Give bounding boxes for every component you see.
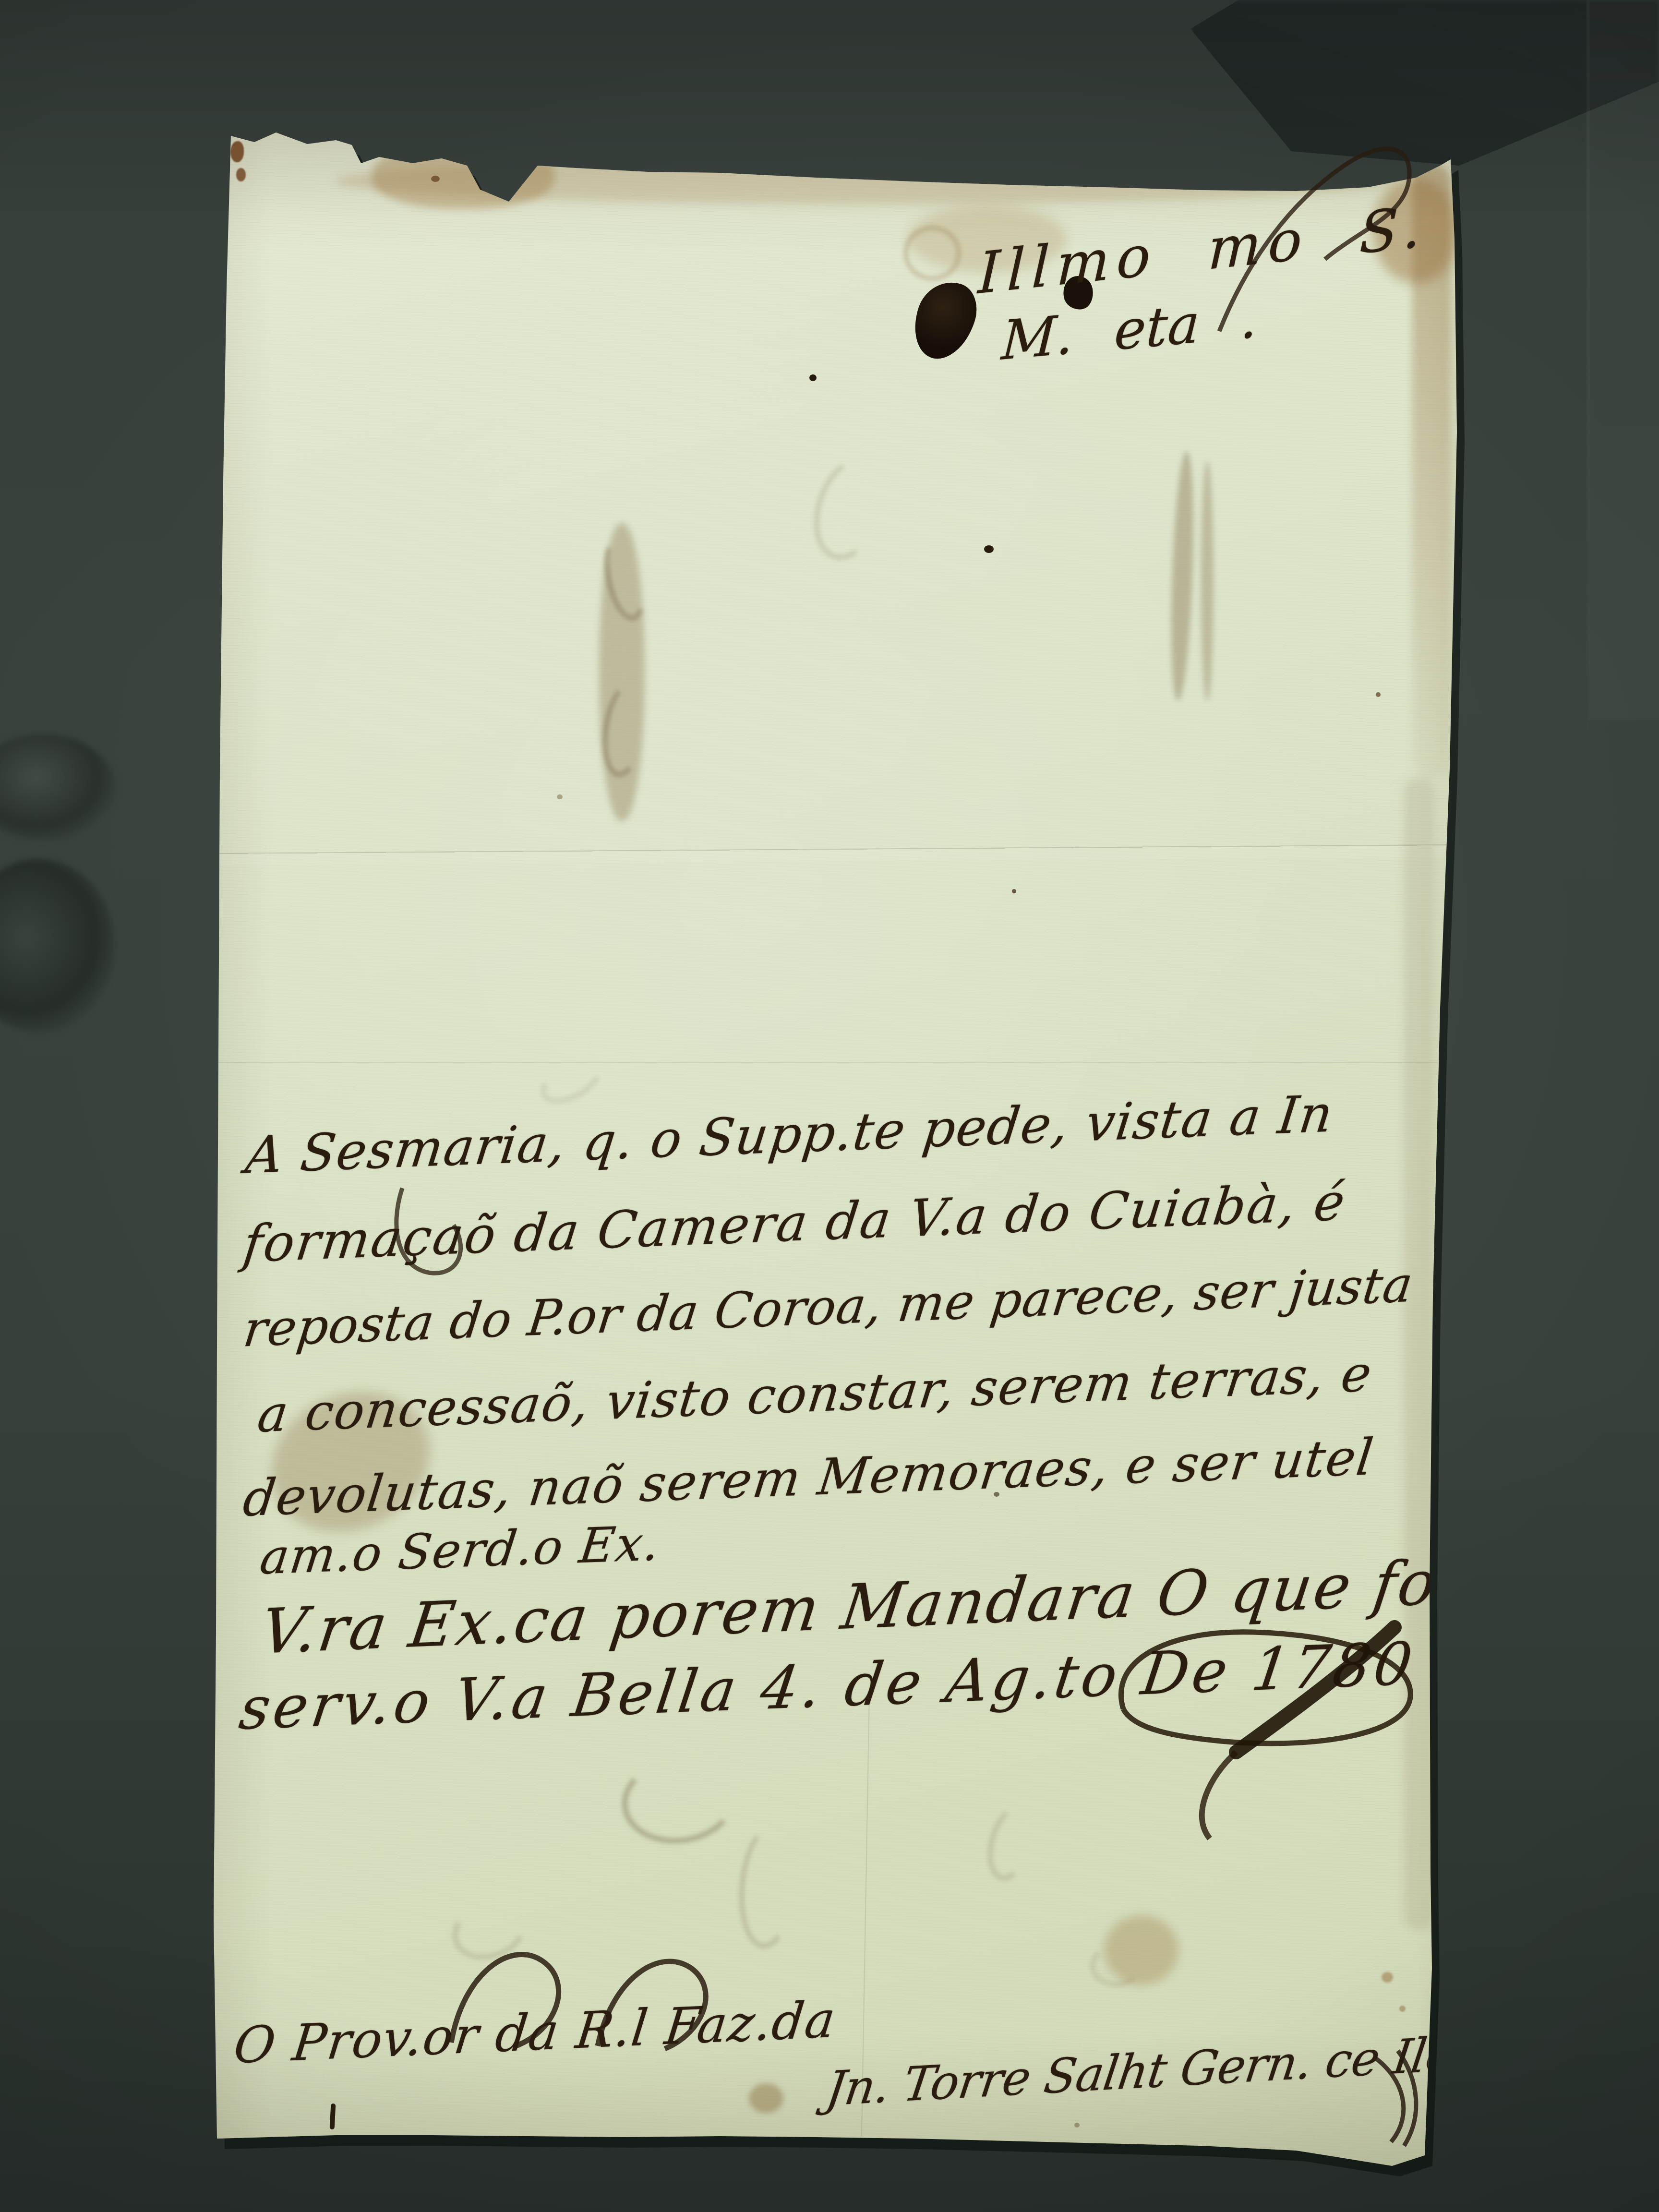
corner-rust-stain-1 (230, 141, 244, 162)
faint-fold-crease (218, 1062, 1438, 1063)
ink-speck (984, 545, 994, 553)
speck (1376, 692, 1381, 697)
tear-brown-dot-1 (431, 176, 440, 182)
speck (1074, 2123, 1080, 2128)
tear-brown-dot-2 (493, 163, 500, 168)
corner-rust-stain-2 (236, 168, 246, 181)
backdrop-right-panel (1589, 0, 1659, 720)
photograph-backdrop: Illmo mo S. M. eta . A Sesmaria, q. o Su… (0, 0, 1659, 2212)
speck (1012, 889, 1016, 893)
right-edge-soft-band (1404, 778, 1434, 1930)
show-through-mark (1090, 1944, 1142, 1987)
header-ring-stain (903, 226, 961, 281)
right-vertical-streak-2 (1201, 461, 1214, 701)
cloth-fold-bump-lower (0, 859, 115, 1032)
tear-flap-stain (372, 144, 554, 209)
speck (557, 794, 563, 799)
bottom-edge-dot-1 (1382, 1972, 1393, 1983)
signature-area-stain (749, 2083, 783, 2113)
cloth-fold-bump-upper (0, 734, 115, 840)
ink-speck (809, 374, 817, 381)
bottom-edge-dot-2 (1399, 2006, 1406, 2012)
manuscript-page: Illmo mo S. M. eta . A Sesmaria, q. o Su… (206, 130, 1507, 2175)
